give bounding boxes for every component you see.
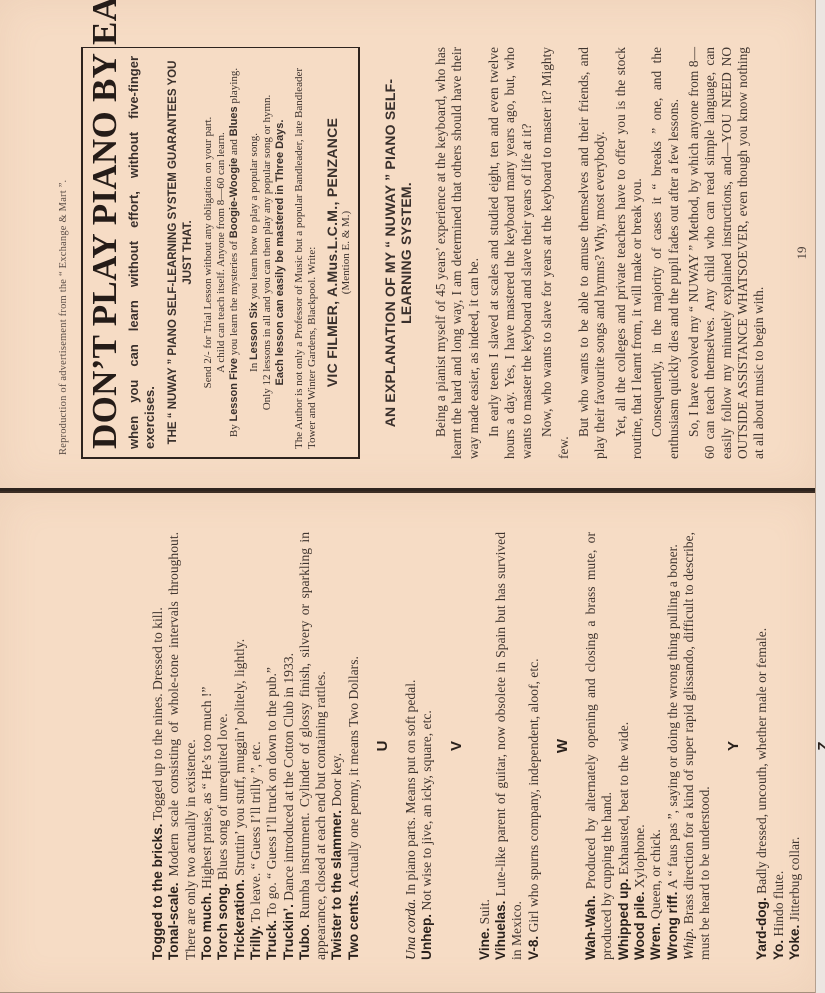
glossary-entry: Truck. To go. “ Guess I’ll truck on down… xyxy=(264,532,280,960)
ad-subhead: when you can learn without effort, witho… xyxy=(126,56,159,449)
glossary-entry: Vine. Suit. xyxy=(477,532,493,960)
glossary-entry: Yoke. Jitterbug collar. xyxy=(787,532,803,960)
glossary-definition: Dance introduced at the Cotton Club in 1… xyxy=(281,653,296,904)
ad-line: Each lesson can easily be mastered in Th… xyxy=(274,56,287,449)
glossary-definition: Girl who spurns company, independent, al… xyxy=(526,658,541,935)
glossary-entry: Whip. Brass direction for a kind of supe… xyxy=(681,532,714,960)
ad-guarantee: THE “ NUWAY ” PIANO SELF-LEARNING SYSTEM… xyxy=(166,56,195,449)
glossary-definition: In piano parts. Means put on soft pedal. xyxy=(403,680,418,899)
glossary-entry: Togged to the bricks. Togged up to the n… xyxy=(150,532,166,960)
glossary-term: Yo. xyxy=(771,940,786,960)
glossary-term: Whip. xyxy=(681,928,696,960)
glossary-term: Yard-dog. xyxy=(754,897,769,960)
glossary-definition: To go. “ Guess I’ll truck on down to the… xyxy=(264,667,279,920)
glossary-term: Wah-Wah. xyxy=(583,895,598,960)
glossary-term: Yoke. xyxy=(787,925,802,960)
glossary-term: Torch song. xyxy=(215,883,230,960)
glossary-definition: Jitterbug collar. xyxy=(787,837,802,925)
ad-line: In Lesson Six you learn how to play a po… xyxy=(248,56,261,449)
glossary-definition: Brass direction for a kind of super rapi… xyxy=(681,532,712,960)
glossary: Togged to the bricks. Togged up to the n… xyxy=(150,532,825,960)
glossary-term: V-8. xyxy=(526,936,541,960)
glossary-entry: Vihuelas. Lute-like parent of guitar, no… xyxy=(493,532,526,960)
reproduction-credit: Reproduction of advertisement from the “… xyxy=(58,32,69,455)
ad-contact: VIC FILMER, A.Mus.L.C.M., PENZANCE xyxy=(324,56,340,449)
ad-mention: (Mention E. & M.) xyxy=(340,56,352,449)
glossary-definition: To leave. “ Guess I’ll trilly ”, etc. xyxy=(248,741,263,925)
glossary-definition: Suit. xyxy=(477,899,492,928)
glossary-term: Vihuelas. xyxy=(493,901,508,960)
glossary-entry: Torch song. Blues song of unrequited lov… xyxy=(215,532,231,960)
explanation-body: Being a pianist myself of 45 years’ expe… xyxy=(433,32,768,459)
glossary-definition: Highest praise, as “ He’s too much !” xyxy=(199,687,214,893)
body-paragraph: Being a pianist myself of 45 years’ expe… xyxy=(433,47,482,459)
ad-line: By Lesson Five you learn the mysteries o… xyxy=(228,56,241,449)
glossary-letter-heading: V xyxy=(448,532,465,960)
section-title: AN EXPLANATION OF MY “ NUWAY ” PIANO SEL… xyxy=(382,47,416,459)
glossary-definition: Xylophone. xyxy=(632,824,647,891)
body-paragraph: But who wants to be able to amuse themse… xyxy=(576,47,609,459)
page-18: Togged to the bricks. Togged up to the n… xyxy=(0,491,815,990)
glossary-entry: Tubo. Rumba instrument. Cylinder of glos… xyxy=(297,532,330,960)
glossary-term: Una corda. xyxy=(403,899,418,960)
glossary-entry: Wah-Wah. Produced by alternately opening… xyxy=(583,532,616,960)
glossary-definition: Hindo flute. xyxy=(771,871,786,940)
glossary-term: Whipped up. xyxy=(616,878,631,960)
glossary-entry: Yo. Hindo flute. xyxy=(771,532,787,960)
glossary-term: Twister to the slammer. xyxy=(329,810,344,960)
glossary-term: Unhep. xyxy=(419,914,434,960)
body-paragraph: Consequently, in the majority of cases i… xyxy=(649,47,682,459)
glossary-letter-heading: U xyxy=(374,532,391,960)
ad-headline: DON’T PLAY PIANO BY EAR xyxy=(87,56,124,449)
glossary-entry: Truckin’. Dance introduced at the Cotton… xyxy=(281,532,297,960)
glossary-definition: Not wise to jive, an icky, square, etc. xyxy=(419,710,434,914)
glossary-term: Wood pile. xyxy=(632,892,647,960)
glossary-term: Two cents. xyxy=(346,891,361,960)
glossary-entry: Unhep. Not wise to jive, an icky, square… xyxy=(419,532,435,960)
glossary-entry: Wren. Queen, or chick. xyxy=(648,532,664,960)
glossary-definition: Struttin’ you stuff, muggin’ politely, l… xyxy=(232,639,247,879)
glossary-term: Trilly. xyxy=(248,925,263,960)
glossary-entry: Trickeration. Struttin’ you stuff, muggi… xyxy=(232,532,248,960)
advertisement-box: DON’T PLAY PIANO BY EAR when you can lea… xyxy=(81,47,360,459)
glossary-definition: Exhausted, beat to the wide. xyxy=(616,722,631,879)
body-paragraph: In early teens I slaved at scales and st… xyxy=(486,47,535,459)
glossary-entry: Yard-dog. Badly dressed, uncouth, whethe… xyxy=(754,532,770,960)
glossary-definition: Actually one penny, it means Two Dollars… xyxy=(346,656,361,891)
glossary-term: Wrong riff. xyxy=(665,892,680,960)
ad-line: The Author is not only a Professor of Mu… xyxy=(293,56,319,449)
glossary-entry: Tonal-scale. Modern scale consisting of … xyxy=(166,532,199,960)
ad-line: A child can teach itself. Anyone from 8—… xyxy=(215,56,228,449)
glossary-term: Tubo. xyxy=(297,924,312,960)
page-19: Reproduction of advertisement from the “… xyxy=(0,0,815,489)
glossary-definition: Door key. xyxy=(329,753,344,810)
glossary-term: Truckin’. xyxy=(281,904,296,960)
glossary-entry: Wrong riff. A “ faus pas ”, saying or do… xyxy=(665,532,681,960)
glossary-definition: Badly dressed, uncouth, whether male or … xyxy=(754,628,769,898)
glossary-term: Too much. xyxy=(199,892,214,960)
ad-line: Send 2/- for Trial Lesson without any ob… xyxy=(202,56,215,449)
glossary-term: Vine. xyxy=(477,928,492,960)
glossary-term: Truck. xyxy=(264,920,279,960)
page-number: 19 xyxy=(794,47,810,459)
glossary-term: Wren. xyxy=(648,922,663,960)
glossary-definition: Blues song of unrequited love. xyxy=(215,713,230,883)
ad-body: Send 2/- for Trial Lesson without any ob… xyxy=(202,56,320,449)
glossary-letter-heading: Z xyxy=(815,532,825,960)
glossary-definition: Rumba instrument. Cylinder of glossy fin… xyxy=(297,532,328,960)
glossary-entry: Una corda. In piano parts. Means put on … xyxy=(403,532,419,960)
glossary-definition: Lute-like parent of guitar, now obsolete… xyxy=(493,532,524,960)
glossary-entry: Too much. Highest praise, as “ He’s too … xyxy=(199,532,215,960)
body-paragraph: Yet, all the colleges and private teache… xyxy=(613,47,646,459)
glossary-entry: Two cents. Actually one penny, it means … xyxy=(346,532,362,960)
glossary-definition: Queen, or chick. xyxy=(648,829,663,922)
glossary-entry: V-8. Girl who spurns company, independen… xyxy=(526,532,542,960)
glossary-entry: Whipped up. Exhausted, beat to the wide. xyxy=(616,532,632,960)
glossary-definition: A “ faus pas ”, saying or doing the wron… xyxy=(665,544,680,891)
glossary-term: Tonal-scale. xyxy=(166,882,181,960)
glossary-letter-heading: Y xyxy=(725,532,742,960)
glossary-entry: Trilly. To leave. “ Guess I’ll trilly ”,… xyxy=(248,532,264,960)
glossary-entry: Wood pile. Xylophone. xyxy=(632,532,648,960)
glossary-letter-heading: W xyxy=(554,532,571,960)
ad-line: Only 12 lessons in all and you can then … xyxy=(261,56,274,449)
body-paragraph: So, I have evolved my “ NUWAY ” Method, … xyxy=(686,47,768,459)
glossary-entry: Twister to the slammer. Door key. xyxy=(329,532,345,960)
glossary-term: Togged to the bricks. xyxy=(150,824,165,960)
glossary-term: Trickeration. xyxy=(232,879,247,960)
glossary-definition: Togged up to the nines. Dressed to kill. xyxy=(150,607,165,823)
body-paragraph: Now, who wants to slave for years at the… xyxy=(539,47,572,459)
